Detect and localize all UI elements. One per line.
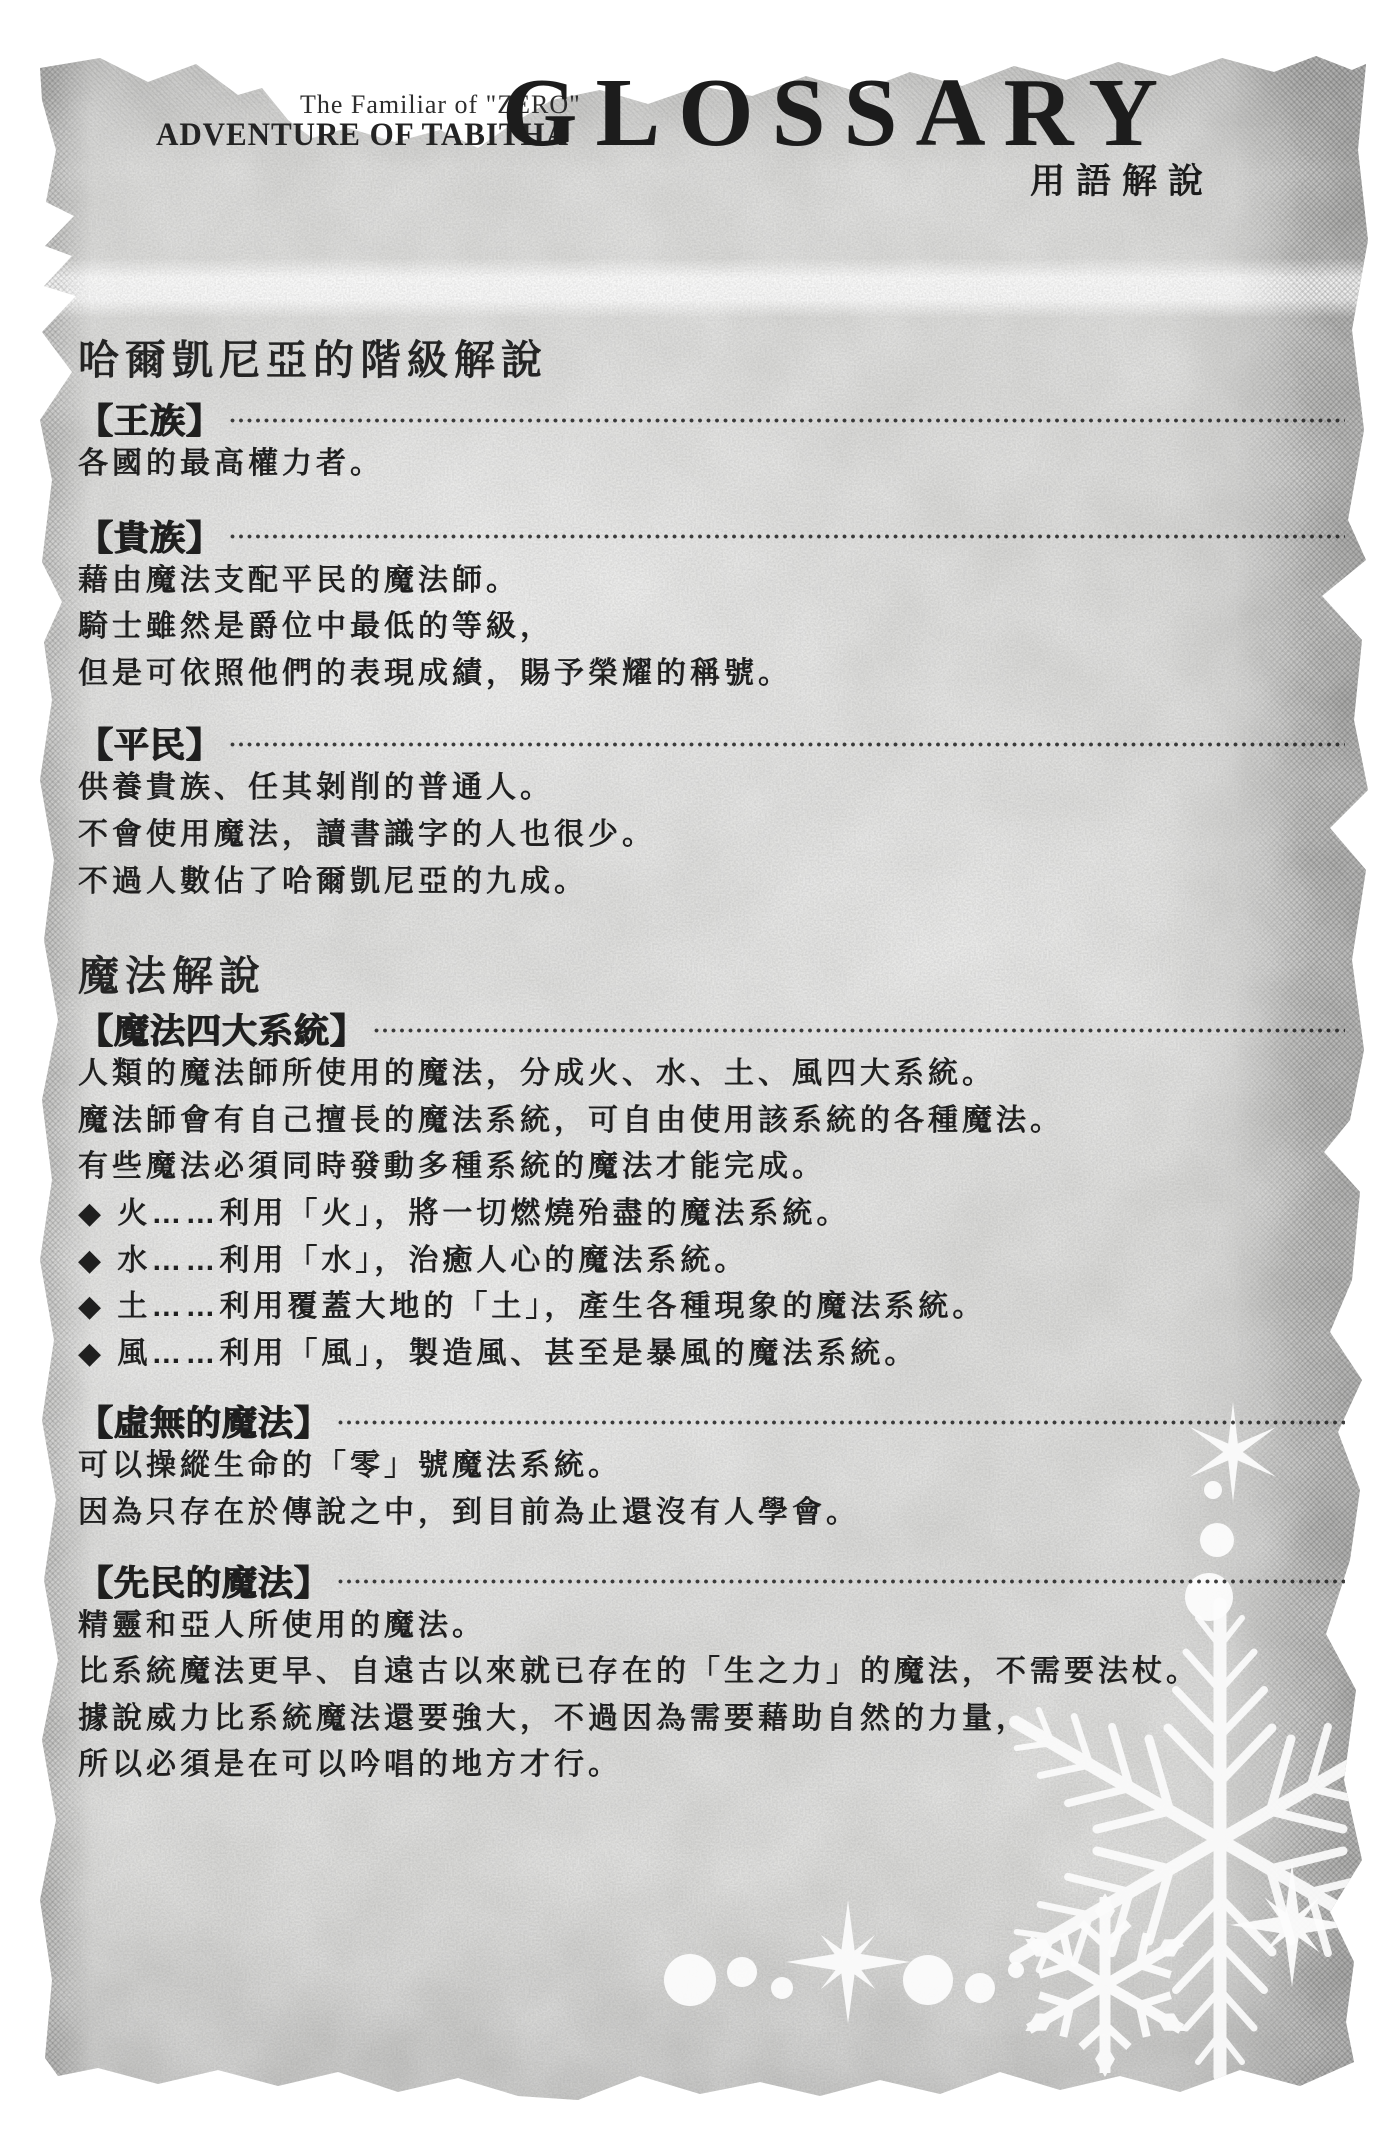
term-row: 【虛無的魔法】 (78, 1399, 1345, 1443)
glossary-entry-ancient-magic: 【先民的魔法】 精靈和亞人所使用的魔法。 比系統魔法更早、自遠古以來就已存在的「… (78, 1559, 1345, 1789)
definition-line: 比系統魔法更早、自遠古以來就已存在的「生之力」的魔法，不需要法杖。 (78, 1649, 1345, 1696)
definition-line: 因為只存在於傳說之中，到目前為止還沒有人學會。 (78, 1490, 1345, 1537)
definition-line: 精靈和亞人所使用的魔法。 (78, 1603, 1345, 1650)
dotted-leader (230, 742, 1345, 747)
term-label: 【先民的魔法】 (78, 1556, 330, 1606)
definition-line: 有些魔法必須同時發動多種系統的魔法才能完成。 (78, 1144, 1345, 1191)
term-label: 【平民】 (78, 718, 222, 768)
section-heading-ranks: 哈爾凱尼亞的階級解說 (78, 336, 1345, 384)
definition-line: 人類的魔法師所使用的魔法，分成火、水、土、風四大系統。 (78, 1051, 1345, 1098)
definition-line-wind: ◆ 風……利用「風」，製造風、甚至是暴風的魔法系統。 (78, 1331, 1345, 1378)
snow-dot (727, 1957, 757, 1987)
definition-line: 所以必須是在可以吟唱的地方才行。 (78, 1742, 1345, 1789)
definition-line: 騎士雖然是爵位中最低的等級， (78, 604, 1345, 651)
definition-line: 可以操縱生命的「零」號魔法系統。 (78, 1443, 1345, 1490)
dotted-leader (374, 1028, 1345, 1033)
section-heading-magic: 魔法解說 (78, 952, 1345, 1000)
definition-line-fire: ◆ 火……利用「火」，將一切燃燒殆盡的魔法系統。 (78, 1191, 1345, 1238)
glossary-content: 哈爾凱尼亞的階級解說 【王族】 各國的最高權力者。 【貴族】 藉由魔法支配平民的… (78, 336, 1345, 1789)
term-label: 【魔法四大系統】 (78, 1004, 366, 1054)
definition-line: 各國的最高權力者。 (78, 441, 1345, 488)
term-label: 【王族】 (78, 394, 222, 444)
term-label: 【貴族】 (78, 511, 222, 561)
term-row: 【王族】 (78, 397, 1345, 441)
snow-dot (771, 1977, 793, 1999)
glossary-entry-nobles: 【貴族】 藉由魔法支配平民的魔法師。 騎士雖然是爵位中最低的等級， 但是可依照他… (78, 514, 1345, 698)
snow-dot (1008, 1962, 1024, 1978)
dotted-leader (338, 1579, 1345, 1584)
snow-dot (664, 1954, 716, 2006)
definition-line: 但是可依照他們的表現成績，賜予榮耀的稱號。 (78, 651, 1345, 698)
snow-dot (903, 1955, 953, 2005)
term-row: 【先民的魔法】 (78, 1559, 1345, 1603)
definition-line: 不過人數佔了哈爾凱尼亞的九成。 (78, 859, 1345, 906)
term-row: 【平民】 (78, 721, 1345, 765)
definition-line: 據說威力比系統魔法還要強大，不過因為需要藉助自然的力量， (78, 1696, 1345, 1743)
glossary-entry-commoners: 【平民】 供養貴族、任其剝削的普通人。 不會使用魔法，讀書識字的人也很少。 不過… (78, 721, 1345, 905)
glossary-entry-four-systems: 【魔法四大系統】 人類的魔法師所使用的魔法，分成火、水、土、風四大系統。 魔法師… (78, 1007, 1345, 1377)
page-title-cjk: 用語解說 (1030, 154, 1214, 204)
definition-line: 供養貴族、任其剝削的普通人。 (78, 765, 1345, 812)
snow-dot (965, 1973, 995, 2003)
glossary-entry-royalty: 【王族】 各國的最高權力者。 (78, 397, 1345, 488)
dotted-leader (230, 534, 1345, 539)
term-row: 【貴族】 (78, 514, 1345, 558)
definition-line: 魔法師會有自己擅長的魔法系統，可自由使用該系統的各種魔法。 (78, 1098, 1345, 1145)
term-label: 【虛無的魔法】 (78, 1396, 330, 1446)
term-row: 【魔法四大系統】 (78, 1007, 1345, 1051)
definition-line-water: ◆ 水……利用「水」，治癒人心的魔法系統。 (78, 1238, 1345, 1285)
dotted-leader (338, 1420, 1345, 1425)
definition-line: 藉由魔法支配平民的魔法師。 (78, 558, 1345, 605)
definition-line-earth: ◆ 土……利用覆蓋大地的「土」，產生各種現象的魔法系統。 (78, 1284, 1345, 1331)
glossary-page: The Familiar of "ZERO" ADVENTURE OF TABI… (0, 0, 1400, 2154)
glossary-entry-void-magic: 【虛無的魔法】 可以操縱生命的「零」號魔法系統。 因為只存在於傳說之中，到目前為… (78, 1399, 1345, 1536)
definition-line: 不會使用魔法，讀書識字的人也很少。 (78, 812, 1345, 859)
page-title: GLOSSARY (502, 64, 1176, 161)
dotted-leader (230, 418, 1345, 423)
